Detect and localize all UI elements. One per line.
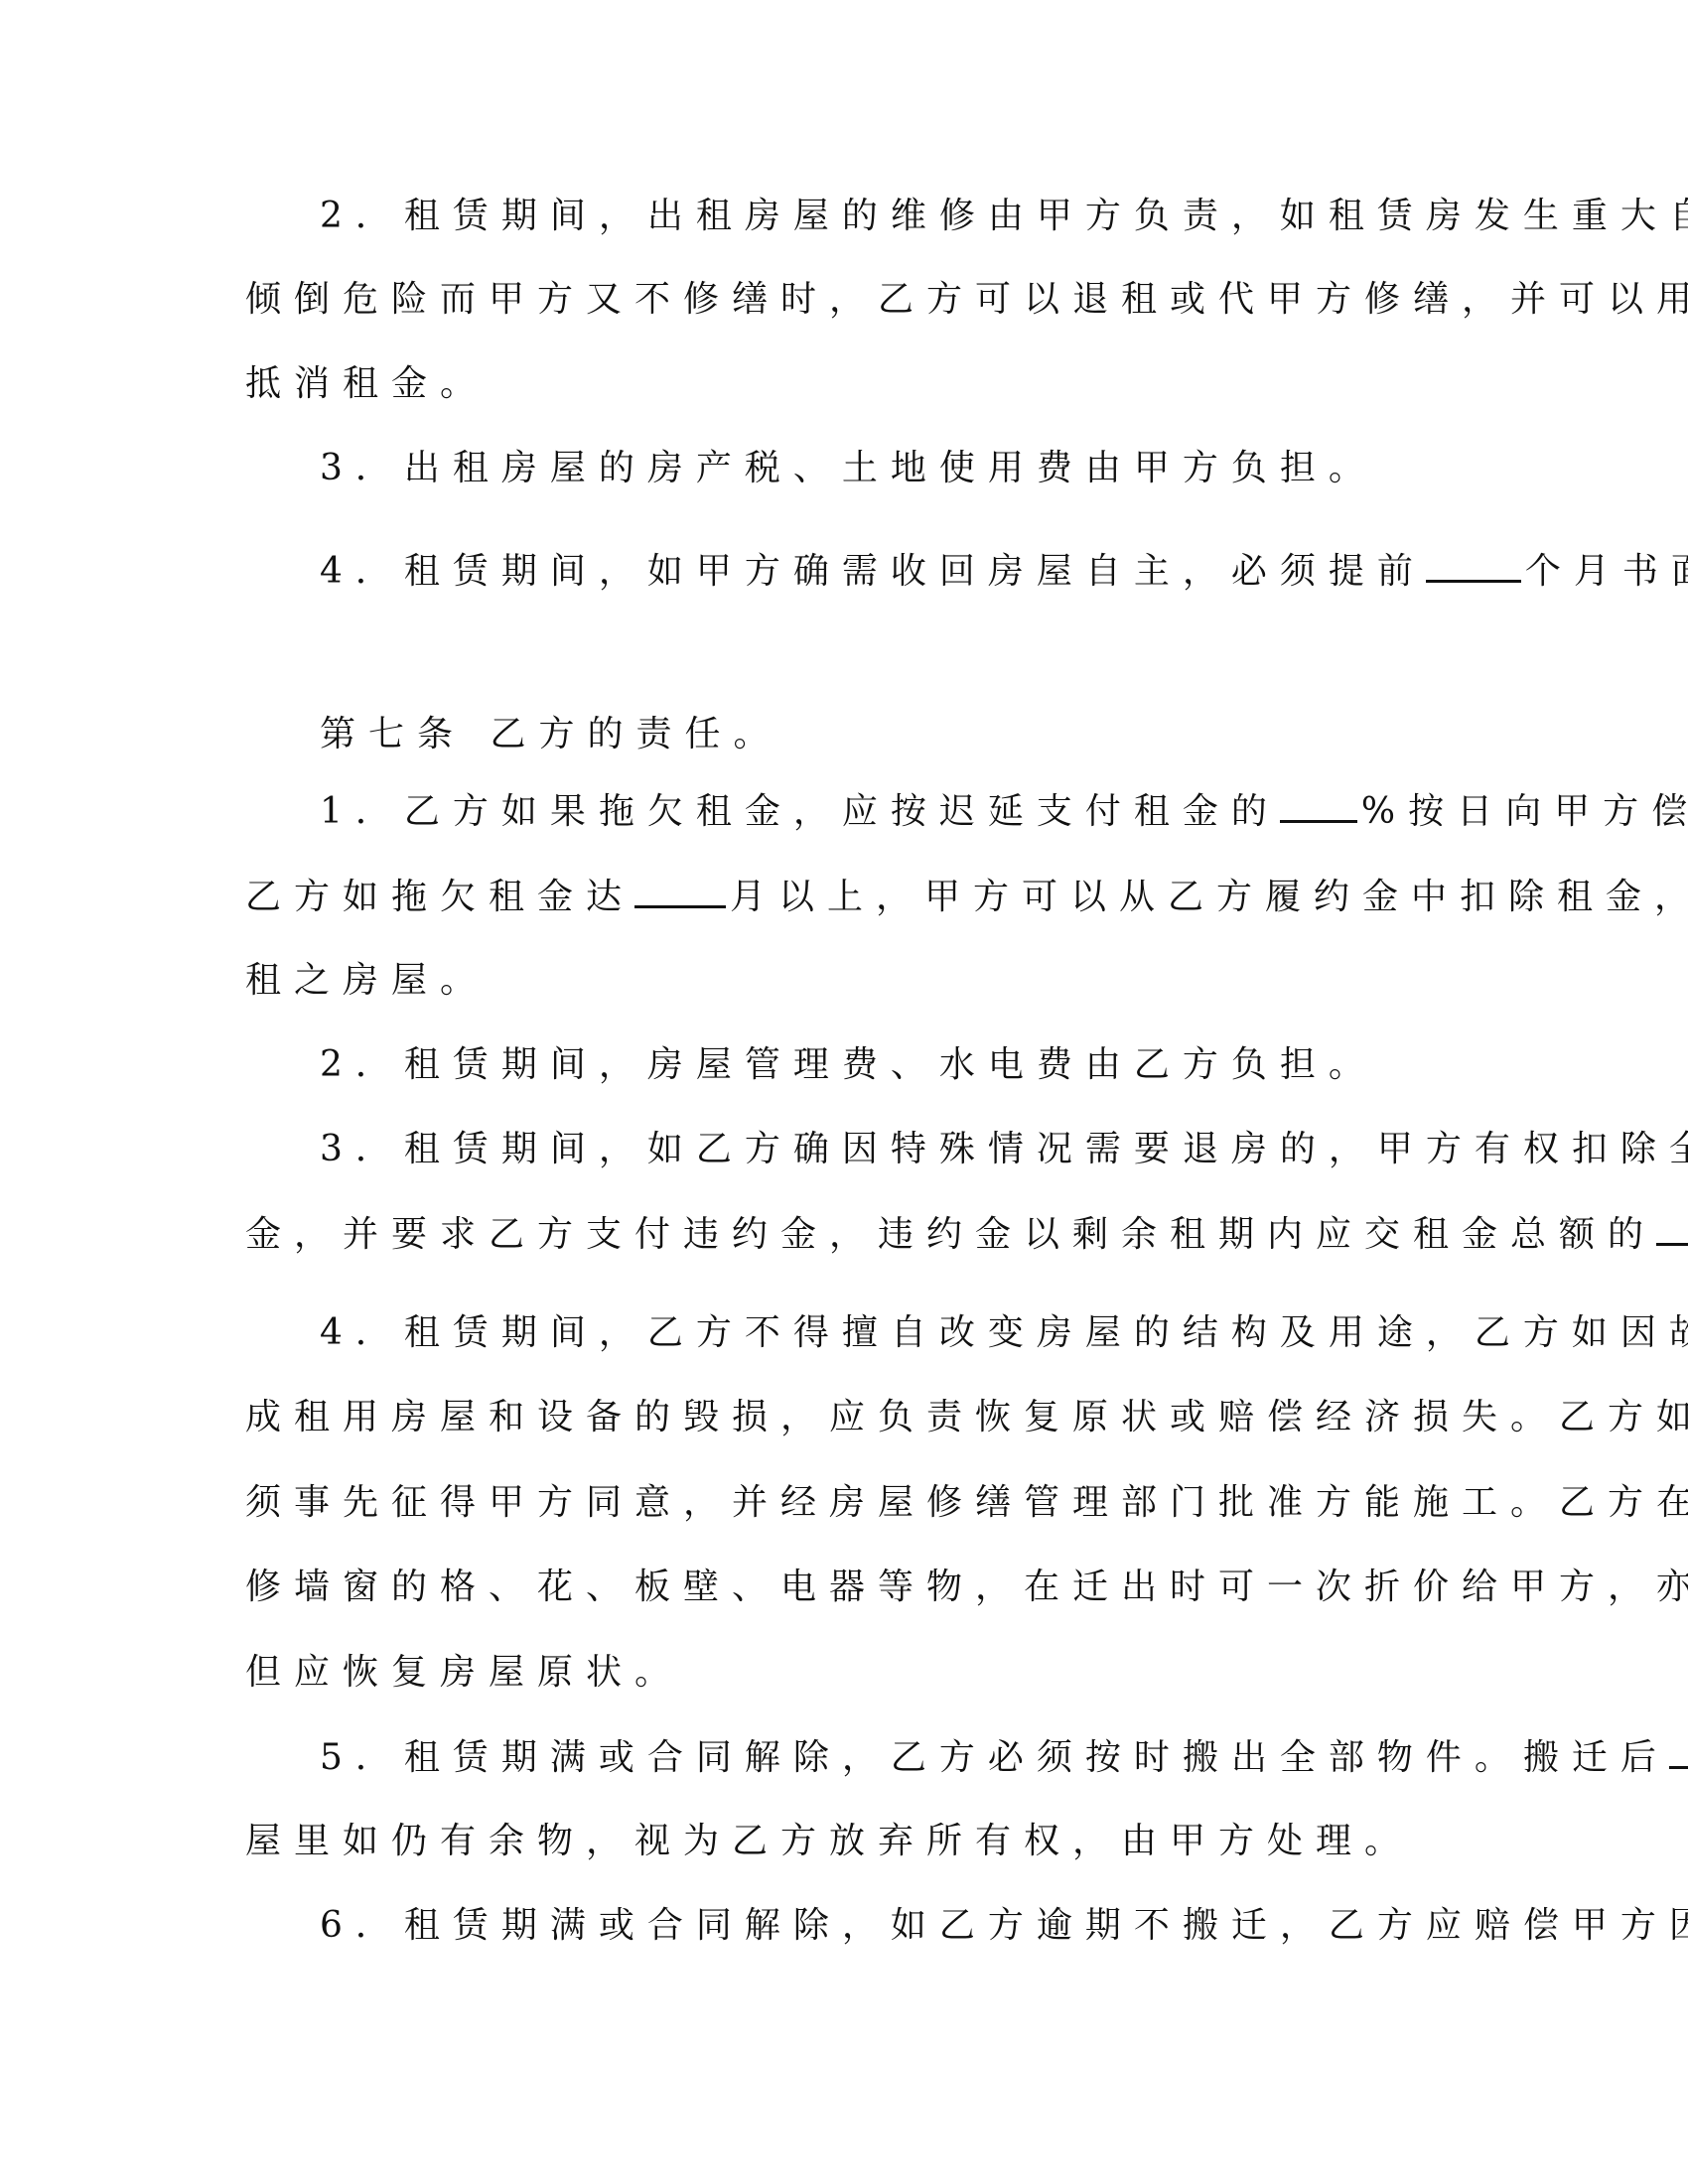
text-segment: 5．租赁期满或合同解除，乙方必须按时搬出全部物件。搬迁后: [320, 1737, 1669, 1778]
text-segment: 屋里如仍有余物，视为乙方放弃所有权，由甲方处理。: [245, 1821, 1413, 1861]
text-segment: 4．租赁期间，乙方不得擅自改变房屋的结构及用途，乙方如因故意或过失造: [320, 1312, 1688, 1353]
text-segment: 3．租赁期间，如乙方确因特殊情况需要退房的，甲方有权扣除全部履约保证: [320, 1129, 1688, 1169]
text-segment: 乙方如拖欠租金达: [245, 877, 634, 917]
text-segment: %按日向甲方偿付违约金。: [1361, 791, 1688, 832]
text-segment: 6．租赁期满或合同解除，如乙方逾期不搬迁，乙方应赔偿甲方因此所受的损: [320, 1905, 1688, 1946]
clause-7-item-4-line-2: 成租用房屋和设备的毁损，应负责恢复原状或赔偿经济损失。乙方如需装修墙窗，: [245, 1393, 1447, 1442]
clause-7-item-4-line-5: 但应恢复房屋原状。: [245, 1648, 1447, 1698]
clause-6-item-2-line-1: 2．租赁期间，出租房屋的维修由甲方负责，如租赁房发生重大自然损坏或有: [320, 192, 1521, 241]
clause-7-item-4-line-1: 4．租赁期间，乙方不得擅自改变房屋的结构及用途，乙方如因故意或过失造: [320, 1308, 1521, 1358]
clause-7-item-1-line-3: 租之房屋。: [245, 956, 1447, 1006]
clause-6-item-2-line-2: 倾倒危险而甲方又不修缮时，乙方可以退租或代甲方修缮，并可以用修缮费用收据: [245, 275, 1447, 325]
text-segment: 2．租赁期间，出租房屋的维修由甲方负责，如租赁房发生重大自然损坏或有: [320, 196, 1688, 236]
clause-7-item-6-line-1: 6．租赁期满或合同解除，如乙方逾期不搬迁，乙方应赔偿甲方因此所受的损: [320, 1901, 1521, 1951]
section-heading: 第七条 乙方的责任。: [320, 714, 781, 754]
clause-7-item-5-line-2: 屋里如仍有余物，视为乙方放弃所有权，由甲方处理。: [245, 1817, 1447, 1866]
fill-in-blank-months-notice[interactable]: [1426, 546, 1521, 583]
text-segment: 须事先征得甲方同意，并经房屋修缮管理部门批准方能施工。乙方在租用房屋内装: [245, 1482, 1688, 1523]
text-segment: 租之房屋。: [245, 960, 489, 1001]
clause-7-item-3-line-2: 金，并要求乙方支付违约金，违约金以剩余租期内应交租金总额的％计算。: [245, 1209, 1447, 1259]
text-segment: 个月书面通知乙方。: [1525, 551, 1688, 592]
clause-7-item-5-line-1: 5．租赁期满或合同解除，乙方必须按时搬出全部物件。搬迁后日内房: [320, 1732, 1521, 1782]
text-segment: 但应恢复房屋原状。: [245, 1652, 683, 1693]
clause-7-item-4-line-3: 须事先征得甲方同意，并经房屋修缮管理部门批准方能施工。乙方在租用房屋内装: [245, 1478, 1447, 1528]
text-segment: 抵消租金。: [245, 363, 489, 404]
text-segment: 4．租赁期间，如甲方确需收回房屋自主，必须提前: [320, 551, 1426, 592]
fill-in-blank-arrears-months[interactable]: [634, 872, 726, 908]
text-segment: 3．出租房屋的房产税、土地使用费由甲方负担。: [320, 448, 1377, 488]
clause-7-item-3-line-1: 3．租赁期间，如乙方确因特殊情况需要退房的，甲方有权扣除全部履约保证: [320, 1125, 1521, 1174]
fill-in-blank-penalty-percent[interactable]: [1656, 1209, 1688, 1246]
clause-6-item-4: 4．租赁期间，如甲方确需收回房屋自主，必须提前个月书面通知乙方。: [320, 546, 1521, 596]
clause-7-item-1-line-2: 乙方如拖欠租金达月以上，甲方可以从乙方履约金中扣除租金，并可收回出: [245, 872, 1447, 921]
text-segment: 金，并要求乙方支付违约金，违约金以剩余租期内应交租金总额的: [245, 1214, 1656, 1255]
clause-7-item-2: 2．租赁期间，房屋管理费、水电费由乙方负担。: [320, 1040, 1521, 1090]
text-segment: 倾倒危险而甲方又不修缮时，乙方可以退租或代甲方修缮，并可以用修缮费用收据: [245, 279, 1688, 320]
clause-7-heading: 第七条 乙方的责任。: [320, 710, 1521, 759]
clause-6-item-3: 3．出租房屋的房产税、土地使用费由甲方负担。: [320, 444, 1521, 493]
fill-in-blank-days-after-move[interactable]: [1669, 1732, 1688, 1769]
clause-7-item-4-line-4: 修墙窗的格、花、板壁、电器等物，在迁出时可一次折价给甲方，亦可自行拆除，: [245, 1563, 1447, 1612]
fill-in-blank-late-fee-percent[interactable]: [1280, 786, 1357, 823]
text-segment: 月以上，甲方可以从乙方履约金中扣除租金，并可收回出: [730, 877, 1688, 917]
document-page: 2．租赁期间，出租房屋的维修由甲方负责，如租赁房发生重大自然损坏或有 倾倒危险而…: [0, 0, 1688, 2184]
text-segment: 2．租赁期间，房屋管理费、水电费由乙方负担。: [320, 1044, 1377, 1085]
clause-7-item-1-line-1: 1．乙方如果拖欠租金，应按迟延支付租金的%按日向甲方偿付违约金。: [320, 786, 1521, 836]
clause-6-item-2-line-3: 抵消租金。: [245, 359, 1447, 409]
text-segment: 成租用房屋和设备的毁损，应负责恢复原状或赔偿经济损失。乙方如需装修墙窗，: [245, 1397, 1688, 1437]
text-segment: 修墙窗的格、花、板壁、电器等物，在迁出时可一次折价给甲方，亦可自行拆除，: [245, 1567, 1688, 1607]
text-segment: 1．乙方如果拖欠租金，应按迟延支付租金的: [320, 791, 1280, 832]
